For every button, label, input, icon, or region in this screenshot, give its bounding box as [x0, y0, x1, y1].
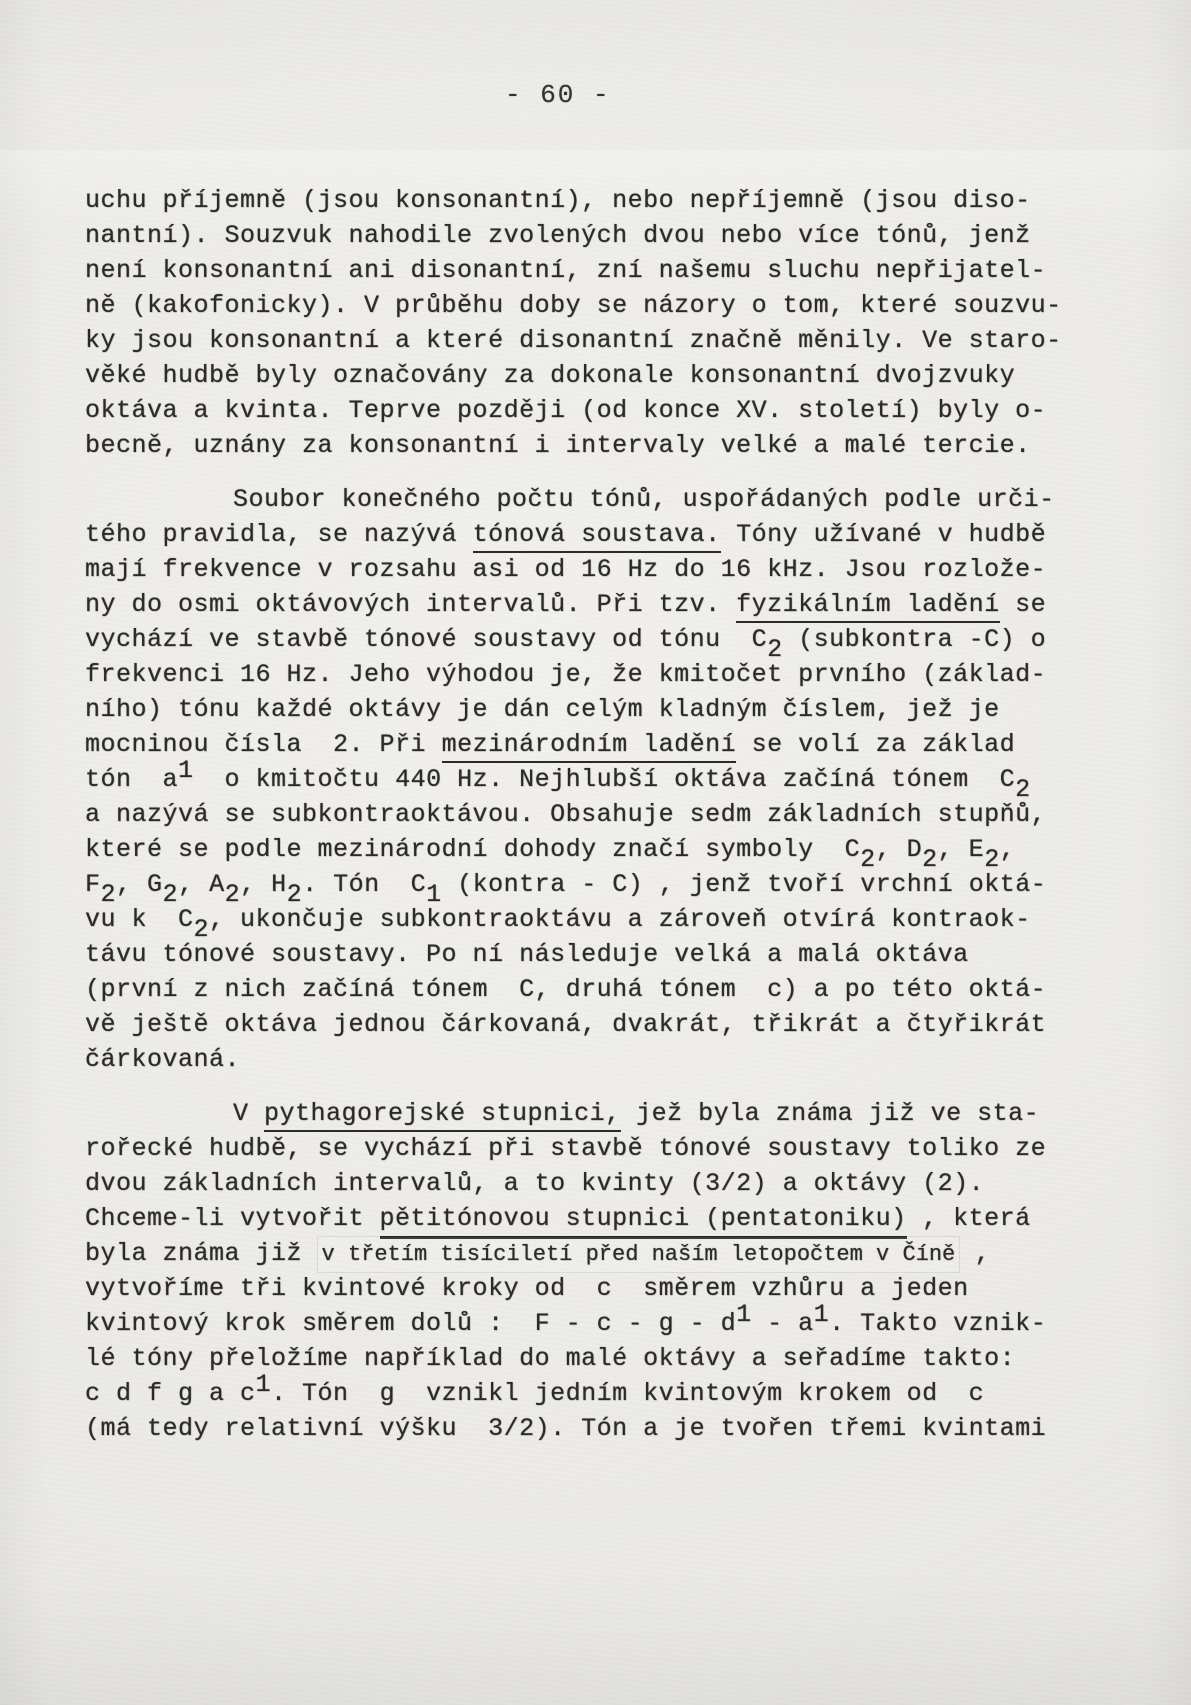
text-run: Chceme-li vytvořit [85, 1204, 380, 1233]
text-line: vychází ve stavbě tónové soustavy od tón… [85, 622, 1085, 657]
text-line: tého pravidla, se nazývá tónová soustava… [85, 517, 1085, 552]
superscript: 1 [178, 753, 194, 788]
text-run: se [1000, 590, 1047, 619]
text-line: mají frekvence v rozsahu asi od 16 Hz do… [85, 552, 1085, 587]
text-run: tón a [85, 765, 178, 794]
subscript: 2 [860, 842, 876, 877]
text-line: oktáva a kvinta. Teprve později (od konc… [85, 393, 1085, 428]
underlined-term: pythagorejské stupnici, [264, 1099, 621, 1132]
text-line: vě ještě oktáva jednou čárkovaná, dvakrá… [85, 1007, 1085, 1042]
underlined-term-heavy: pětitónovou stupnici (pentatoniku) [380, 1204, 907, 1239]
text-run: Soubor konečného počtu tónů, uspořádanýc… [233, 485, 1055, 514]
text-run: . Tón g vznikl jedním kvintovým krokem o… [271, 1379, 984, 1408]
text-run: V [233, 1099, 264, 1128]
superscript: 1 [814, 1297, 830, 1332]
text-line: kvintový krok směrem dolů : F - c - g - … [85, 1306, 1085, 1341]
text-run: , která [907, 1204, 1031, 1233]
subscript: 2 [922, 842, 938, 877]
text-run: c d f g a c [85, 1379, 256, 1408]
text-run: dvou základních intervalů, a to kvinty (… [85, 1169, 984, 1198]
text-run: ny do osmi oktávových intervalů. Při tzv… [85, 590, 736, 619]
text-line: rořecké hudbě, se vychází při stavbě tón… [85, 1131, 1085, 1166]
text-run: věké hudbě byly označovány za dokonale k… [85, 361, 1015, 390]
text-line: není konsonantní ani disonantní, zní naš… [85, 253, 1085, 288]
text-run: . Tón C [302, 870, 426, 899]
text-line: ně (kakofonicky). V průběhu doby se názo… [85, 288, 1085, 323]
text-line: byla známa již v třetím tisíciletí před … [85, 1236, 1085, 1271]
text-line: távu tónové soustavy. Po ní následuje ve… [85, 937, 1085, 972]
text-line: vytvoříme tři kvintové kroky od c směrem… [85, 1271, 1085, 1306]
subscript: 2 [101, 877, 117, 912]
text-line: ního) tónu každé oktávy je dán celým kla… [85, 692, 1085, 727]
underlined-term: mezinárodním ladění [442, 730, 737, 763]
subscript: 2 [225, 877, 241, 912]
subscript: 1 [426, 877, 442, 912]
text-run: jež byla známa již ve sta- [621, 1099, 1040, 1128]
text-line: V pythagorejské stupnici, jež byla známa… [85, 1096, 1085, 1131]
text-run: nantní). Souzvuk nahodile zvolených dvou… [85, 221, 1031, 250]
text-line: které se podle mezinárodní dohody značí … [85, 832, 1085, 867]
text-run: vychází ve stavbě tónové soustavy od tón… [85, 625, 767, 654]
text-run: , G [116, 870, 163, 899]
text-run: o kmitočtu 440 Hz. Nejhlubší oktáva začí… [194, 765, 1016, 794]
text-run: ky jsou konsonantní a které disonantní z… [85, 326, 1062, 355]
text-run: , ukončuje subkontraoktávu a zároveň otv… [209, 905, 1031, 934]
text-run: távu tónové soustavy. Po ní následuje ve… [85, 940, 969, 969]
text-run: (subkontra -C) o [783, 625, 1047, 654]
text-line: Soubor konečného počtu tónů, uspořádanýc… [85, 482, 1085, 517]
text-line: (první z nich začíná tónem C, druhá tóne… [85, 972, 1085, 1007]
text-run: F [85, 870, 101, 899]
text-run: které se podle mezinárodní dohody značí … [85, 835, 860, 864]
text-line: tón a1 o kmitočtu 440 Hz. Nejhlubší oktá… [85, 762, 1085, 797]
text-line: (má tedy relativní výšku 3/2). Tón a je … [85, 1411, 1085, 1446]
text-run: oktáva a kvinta. Teprve později (od konc… [85, 396, 1046, 425]
text-run: kvintový krok směrem dolů : F - c - g - … [85, 1309, 736, 1338]
text-line: frekvenci 16 Hz. Jeho výhodou je, že kmi… [85, 657, 1085, 692]
inserted-correction-text: v třetím tisíciletí před naším letopočte… [318, 1237, 960, 1272]
text-line: ny do osmi oktávových intervalů. Při tzv… [85, 587, 1085, 622]
text-run: se volí za základ [736, 730, 1015, 759]
text-run: Tóny užívané v hudbě [721, 520, 1047, 549]
text-run: (má tedy relativní výšku 3/2). Tón a je … [85, 1414, 1046, 1443]
text-run: - a [752, 1309, 814, 1338]
text-line: lé tóny přeložíme například do malé oktá… [85, 1341, 1085, 1376]
text-run: není konsonantní ani disonantní, zní naš… [85, 256, 1046, 285]
subscript: 2 [194, 912, 210, 947]
paragraph: Soubor konečného počtu tónů, uspořádanýc… [85, 482, 1085, 1077]
text-line: Chceme-li vytvořit pětitónovou stupnici … [85, 1201, 1085, 1236]
text-line: čárkovaná. [85, 1042, 1085, 1077]
text-line: a nazývá se subkontraoktávou. Obsahuje s… [85, 797, 1085, 832]
text-run: , D [876, 835, 923, 864]
underlined-term: fyzikálním ladění [736, 590, 1000, 623]
text-run: , E [938, 835, 985, 864]
text-run: , [959, 1239, 990, 1268]
text-run: (kontra - C) , jenž tvoří vrchní oktá- [442, 870, 1047, 899]
text-run: čárkovaná. [85, 1045, 240, 1074]
text-line: věké hudbě byly označovány za dokonale k… [85, 358, 1085, 393]
page-number: - 60 - [505, 80, 611, 110]
text-run: uchu příjemně (jsou konsonantní), nebo n… [85, 186, 1031, 215]
text-run: byla známa již [85, 1239, 318, 1268]
text-run: tého pravidla, se nazývá [85, 520, 473, 549]
text-line: nantní). Souzvuk nahodile zvolených dvou… [85, 218, 1085, 253]
text-run: becně, uznány za konsonantní i intervaly… [85, 431, 1031, 460]
paragraph: uchu příjemně (jsou konsonantní), nebo n… [85, 183, 1085, 463]
text-run: . Takto vznik- [829, 1309, 1046, 1338]
text-run: mají frekvence v rozsahu asi od 16 Hz do… [85, 555, 1046, 584]
text-line: uchu příjemně (jsou konsonantní), nebo n… [85, 183, 1085, 218]
text-run: (první z nich začíná tónem C, druhá tóne… [85, 975, 1046, 1004]
text-run: ního) tónu každé oktávy je dán celým kla… [85, 695, 1000, 724]
text-line: c d f g a c1. Tón g vznikl jedním kvinto… [85, 1376, 1085, 1411]
text-run: , [1000, 835, 1016, 864]
text-line: ky jsou konsonantní a které disonantní z… [85, 323, 1085, 358]
text-run: , H [240, 870, 287, 899]
text-run: a nazývá se subkontraoktávou. Obsahuje s… [85, 800, 1046, 829]
subscript: 2 [163, 877, 179, 912]
text-run: vě ještě oktáva jednou čárkovaná, dvakrá… [85, 1010, 1046, 1039]
text-run: mocninou čísla 2. Při [85, 730, 442, 759]
text-run: rořecké hudbě, se vychází při stavbě tón… [85, 1134, 1046, 1163]
superscript: 1 [256, 1367, 272, 1402]
subscript: 2 [767, 632, 783, 667]
subscript: 2 [984, 842, 1000, 877]
underlined-term: tónová soustava. [473, 520, 721, 553]
superscript: 1 [736, 1297, 752, 1332]
text-run: frekvenci 16 Hz. Jeho výhodou je, že kmi… [85, 660, 1046, 689]
text-run: vytvoříme tři kvintové kroky od c směrem… [85, 1274, 969, 1303]
text-run: lé tóny přeložíme například do malé oktá… [85, 1344, 1015, 1373]
text-line: dvou základních intervalů, a to kvinty (… [85, 1166, 1085, 1201]
subscript: 2 [1015, 772, 1031, 807]
text-line: becně, uznány za konsonantní i intervaly… [85, 428, 1085, 463]
text-run: ně (kakofonicky). V průběhu doby se názo… [85, 291, 1062, 320]
subscript: 2 [287, 877, 303, 912]
paragraph: V pythagorejské stupnici, jež byla známa… [85, 1096, 1085, 1446]
text-line: mocninou čísla 2. Při mezinárodním laděn… [85, 727, 1085, 762]
document-body: uchu příjemně (jsou konsonantní), nebo n… [85, 183, 1085, 1465]
text-run: , A [178, 870, 225, 899]
